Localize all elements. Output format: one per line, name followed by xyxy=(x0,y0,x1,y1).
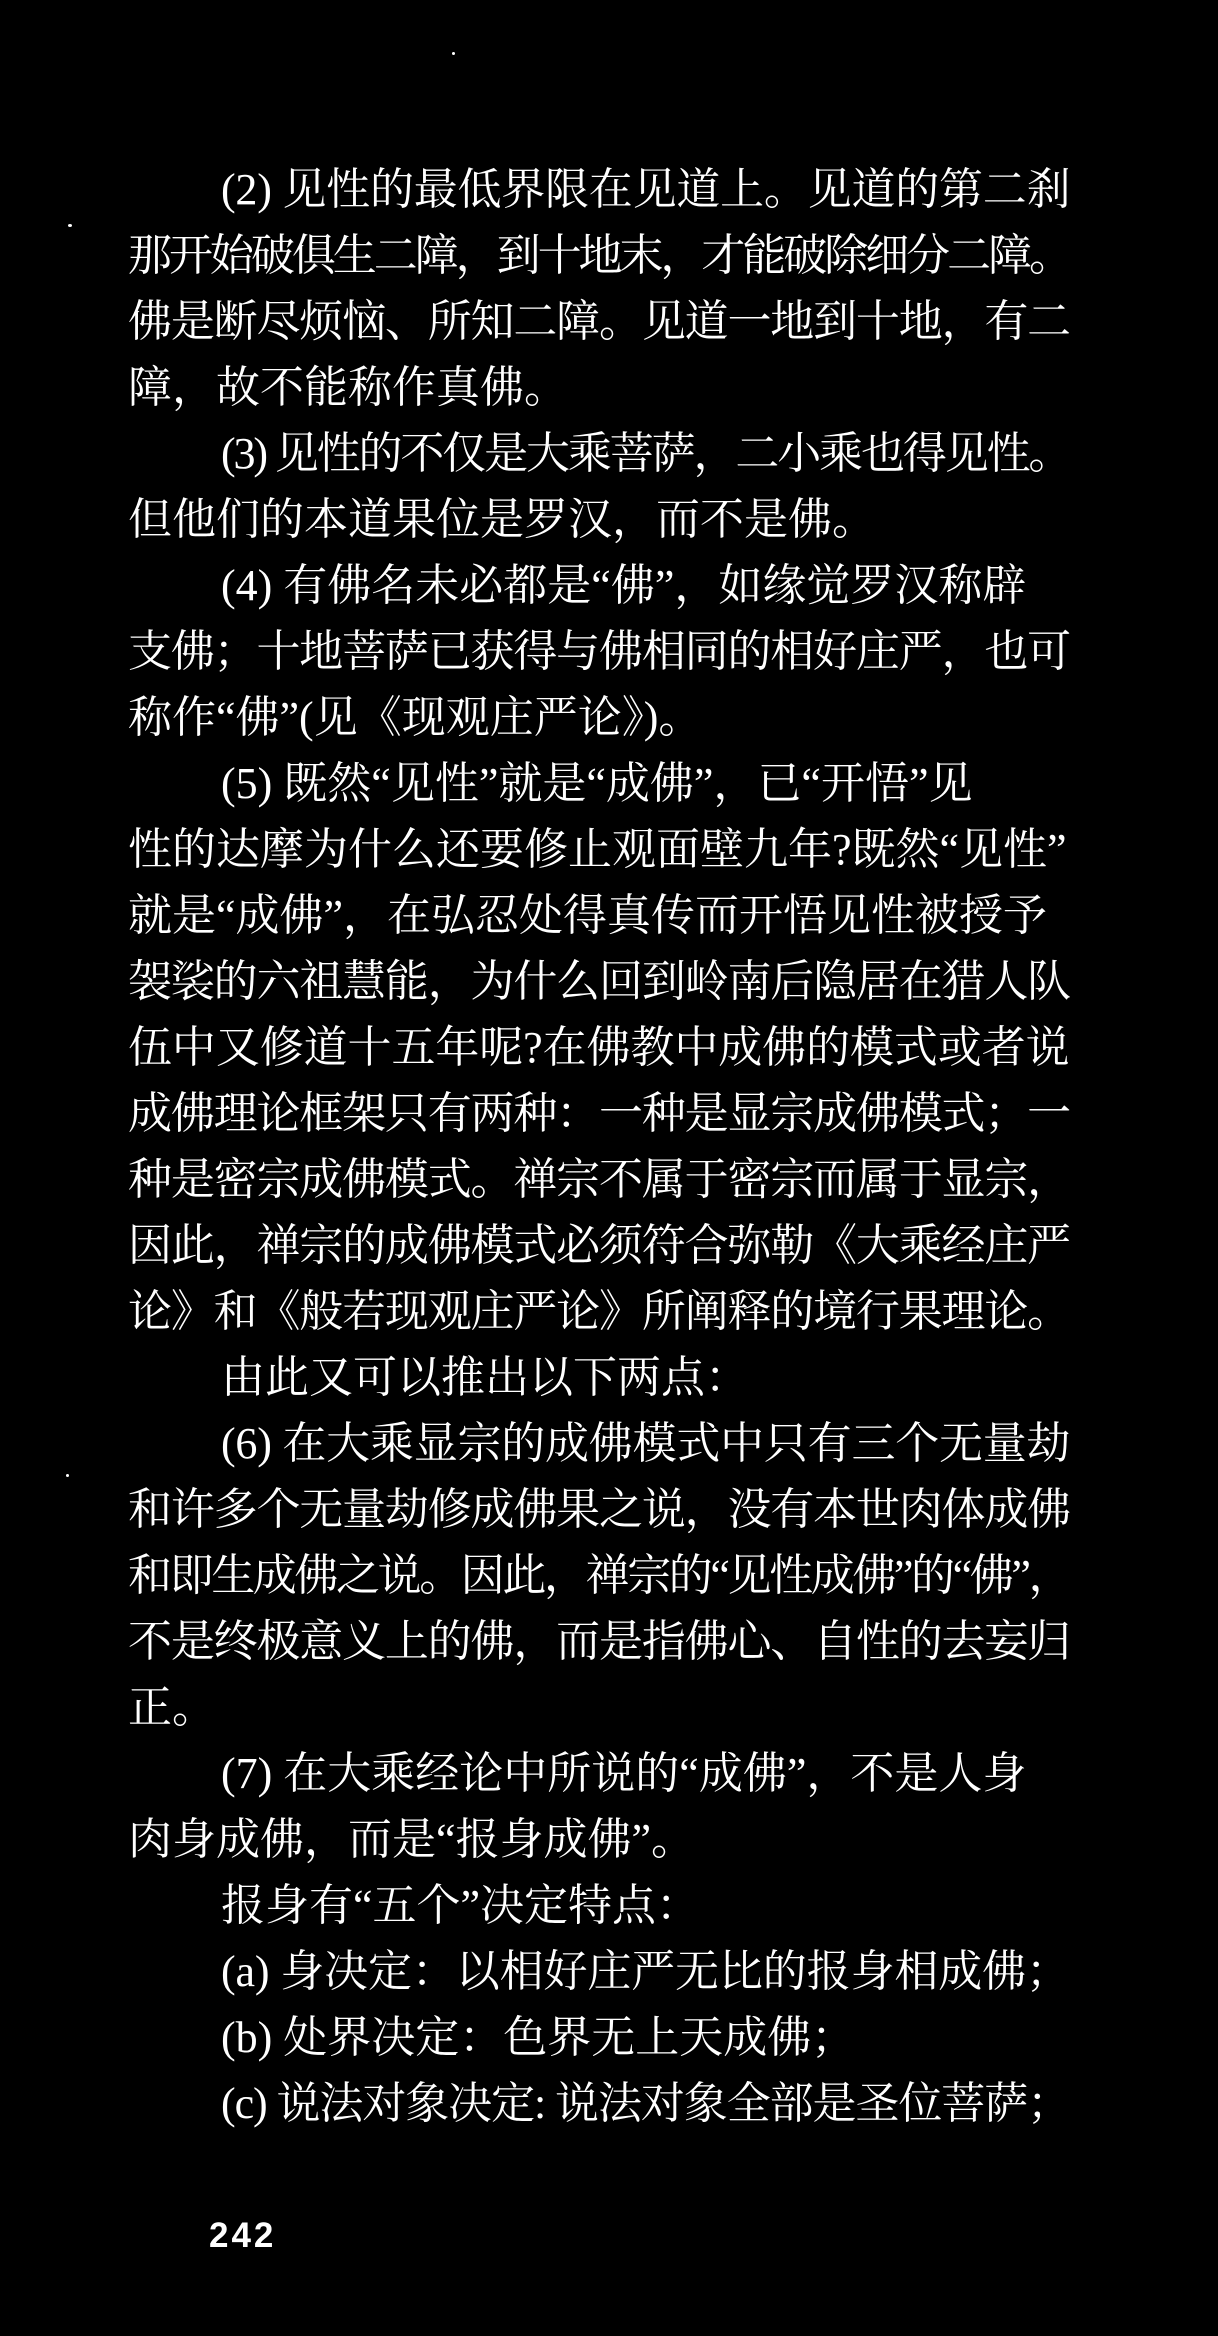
text-line: (5) 既然“见性”就是“成佛”，已“开悟”见 xyxy=(128,751,1070,817)
text-line: 袈裟的六祖慧能，为什么回到岭南后隐居在猎人队 xyxy=(128,949,1070,1015)
text-line: (2) 见性的最低界限在见道上。见道的第二刹 xyxy=(128,157,1070,223)
text-line: 不是终极意义上的佛，而是指佛心、自性的去妄归 xyxy=(128,1609,1070,1675)
scan-speck xyxy=(68,224,72,227)
scan-speck xyxy=(452,52,455,55)
text-line: 称作“佛”(见《现观庄严论》)。 xyxy=(128,685,1070,751)
text-line: 但他们的本道果位是罗汉，而不是佛。 xyxy=(128,487,1070,553)
body-text: (2) 见性的最低界限在见道上。见道的第二刹 那开始破俱生二障，到十地末，才能破… xyxy=(128,157,1070,2137)
text-line: (b) 处界决定：色界无上天成佛； xyxy=(128,2005,1070,2071)
text-line: (a) 身决定：以相好庄严无比的报身相成佛； xyxy=(128,1939,1070,2005)
text-line: 论》和《般若现观庄严论》所阐释的境行果理论。 xyxy=(128,1279,1070,1345)
text-line: 肉身成佛，而是“报身成佛”。 xyxy=(128,1807,1070,1873)
text-line: 障，故不能称作真佛。 xyxy=(128,355,1070,421)
text-line: 报身有“五个”决定特点： xyxy=(128,1873,1070,1939)
text-line: (4) 有佛名未必都是“佛”，如缘觉罗汉称辟 xyxy=(128,553,1070,619)
text-line: 支佛；十地菩萨已获得与佛相同的相好庄严，也可 xyxy=(128,619,1070,685)
text-line: 性的达摩为什么还要修止观面壁九年?既然“见性” xyxy=(128,817,1070,883)
text-line: 和许多个无量劫修成佛果之说，没有本世肉体成佛 xyxy=(128,1477,1070,1543)
page-number: 242 xyxy=(209,2216,276,2256)
text-line: 佛是断尽烦恼、所知二障。见道一地到十地，有二 xyxy=(128,289,1070,355)
text-line: (c) 说法对象决定: 说法对象全部是圣位菩萨； xyxy=(128,2071,1070,2137)
text-line: 正。 xyxy=(128,1675,1070,1741)
text-line: (6) 在大乘显宗的成佛模式中只有三个无量劫 xyxy=(128,1411,1070,1477)
text-line: 那开始破俱生二障，到十地末，才能破除细分二障。 xyxy=(128,223,1070,289)
book-page: (2) 见性的最低界限在见道上。见道的第二刹 那开始破俱生二障，到十地末，才能破… xyxy=(0,0,1218,2336)
text-line: 伍中又修道十五年呢?在佛教中成佛的模式或者说 xyxy=(128,1015,1070,1081)
scan-speck xyxy=(66,1474,69,1477)
text-line: 成佛理论框架只有两种：一种是显宗成佛模式；一 xyxy=(128,1081,1070,1147)
text-line: (7) 在大乘经论中所说的“成佛”，不是人身 xyxy=(128,1741,1070,1807)
text-line: (3) 见性的不仅是大乘菩萨，二小乘也得见性。 xyxy=(128,421,1070,487)
text-line: 因此，禅宗的成佛模式必须符合弥勒《大乘经庄严 xyxy=(128,1213,1070,1279)
text-line: 和即生成佛之说。因此，禅宗的“见性成佛”的“佛”， xyxy=(128,1543,1070,1609)
text-line: 就是“成佛”，在弘忍处得真传而开悟见性被授予 xyxy=(128,883,1070,949)
text-line: 由此又可以推出以下两点： xyxy=(128,1345,1070,1411)
text-line: 种是密宗成佛模式。禅宗不属于密宗而属于显宗， xyxy=(128,1147,1070,1213)
